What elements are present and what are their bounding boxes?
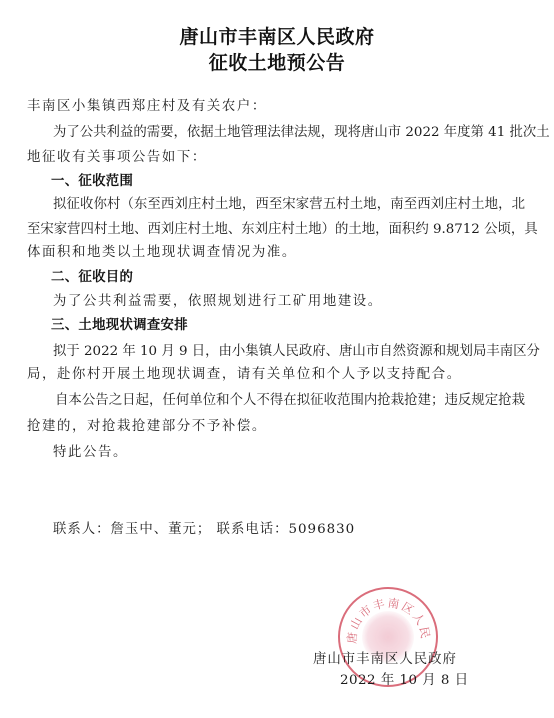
section-heading-purpose: 二、征收目的 — [51, 269, 133, 287]
warning-line-2: 抢建的，对抢栽抢建部分不予补偿。 — [27, 418, 267, 436]
section-heading-survey: 三、土地现状调查安排 — [51, 317, 188, 335]
closing-text: 特此公告。 — [53, 444, 128, 462]
intro-line-1: 为了公共利益的需要，依据土地管理法律法规，现将唐山市 2022 年度第 41 批… — [53, 124, 525, 142]
scope-line-1: 拟征收你村（东至西刘庄村土地，西至宋家营五村土地，南至西刘庄村土地，北 — [53, 196, 525, 214]
contact-info: 联系人：詹玉中、董元； 联系电话：5096830 — [53, 521, 355, 539]
scope-line-2: 至宋家营四村土地、西刘庄村土地、东刘庄村土地）的土地，面积约 9.8712 公顷… — [27, 221, 525, 239]
survey-line-1: 拟于 2022 年 10 月 9 日，由小集镇人民政府、唐山市自然资源和规划局丰… — [53, 343, 516, 361]
seal-text: 唐山市丰南区人民政府 — [340, 589, 433, 644]
scope-line-3: 体面积和地类以土地现状调查情况为准。 — [27, 244, 297, 262]
notice-document: 唐山市丰南区人民政府 征收土地预公告 丰南区小集镇西郑庄村及有关农户： 为了公共… — [0, 0, 554, 718]
warning-line-1: 自本公告之日起，任何单位和个人不得在拟征收范围内抢栽抢建；违反规定抢栽 — [55, 392, 525, 410]
intro-line-2: 地征收有关事项公告如下： — [27, 149, 207, 167]
seal-text-ring: 唐山市丰南区人民政府 — [340, 589, 436, 685]
salutation: 丰南区小集镇西郑庄村及有关农户： — [27, 98, 267, 116]
document-title-subject: 征收土地预公告 — [0, 48, 554, 75]
purpose-line-1: 为了公共利益需要，依照规划进行工矿用地建设。 — [53, 293, 383, 311]
signature-issuer: 唐山市丰南区人民政府 — [313, 651, 457, 669]
signature-date: 2022 年 10 月 8 日 — [340, 672, 469, 690]
survey-line-2: 局，赴你村开展土地现状调查，请有关单位和个人予以支持配合。 — [27, 366, 462, 384]
svg-text:唐山市丰南区人民政府: 唐山市丰南区人民政府 — [340, 589, 433, 644]
document-title-issuer: 唐山市丰南区人民政府 — [0, 22, 554, 49]
section-heading-scope: 一、征收范围 — [51, 173, 133, 191]
